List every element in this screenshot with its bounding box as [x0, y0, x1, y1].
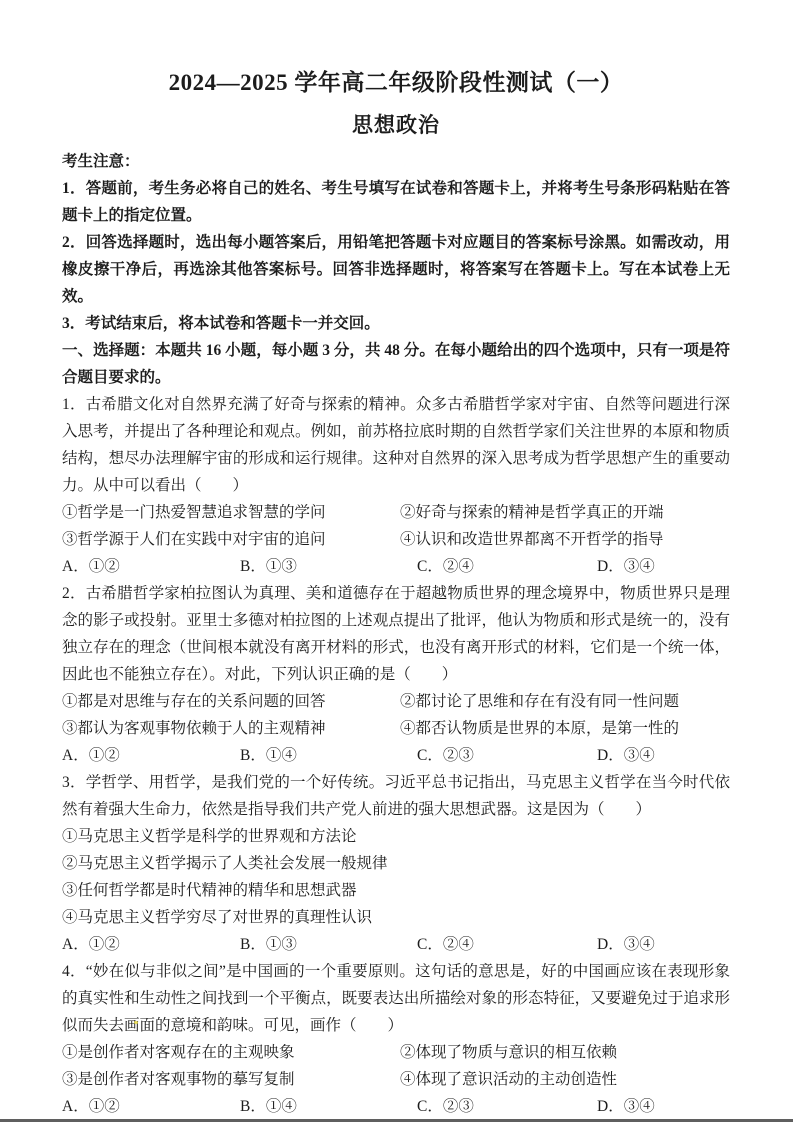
question-stem: 4．“妙在似与非似之间”是中国画的一个重要原则。这句话的意思是，好的中国画应该在…	[62, 958, 730, 1039]
paper-content: 2024—2025 学年高二年级阶段性测试（一） 思想政治 考生注意： 1．答题…	[0, 0, 793, 1120]
option-item: ④马克思主义哲学穷尽了对世界的真理性认识	[62, 904, 730, 931]
option-item: ③任何哲学都是时代精神的精华和思想武器	[62, 877, 730, 904]
choice-item: D．③④	[597, 742, 730, 769]
choice-item: D．③④	[597, 1093, 730, 1120]
question-block-3: 3．学哲学、用哲学，是我们党的一个好传统。习近平总书记指出，马克思主义哲学在当今…	[62, 769, 730, 958]
question-choices: A．①② B．①③ C．②④ D．③④	[62, 553, 730, 580]
option-item: ②好奇与探索的精神是哲学真正的开端	[400, 499, 730, 526]
scan-artifact-dot	[134, 1021, 138, 1024]
option-item: ①哲学是一门热爱智慧追求智慧的学问	[62, 499, 400, 526]
choice-item: A．①②	[62, 553, 240, 580]
question-options: ①都是对思维与存在的关系问题的回答 ②都讨论了思维和存在有没有同一性问题 ③都认…	[62, 688, 730, 742]
choice-item: D．③④	[597, 931, 730, 958]
option-item: ③都认为客观事物依赖于人的主观精神	[62, 715, 400, 742]
option-item: ④体现了意识活动的主动创造性	[400, 1066, 730, 1093]
option-item: ④都否认物质是世界的本原，是第一性的	[400, 715, 730, 742]
choice-item: B．①④	[240, 1093, 417, 1120]
question-stem: 3．学哲学、用哲学，是我们党的一个好传统。习近平总书记指出，马克思主义哲学在当今…	[62, 769, 730, 823]
notice-item: 2．回答选择题时，选出每小题答案后，用铅笔把答题卡对应题目的答案标号涂黑。如需改…	[62, 229, 730, 310]
choice-item: B．①③	[240, 931, 417, 958]
choice-item: A．①②	[62, 1093, 240, 1120]
option-item: ①都是对思维与存在的关系问题的回答	[62, 688, 400, 715]
option-item: ④认识和改造世界都离不开哲学的指导	[400, 526, 730, 553]
option-item: ②体现了物质与意识的相互依赖	[400, 1039, 730, 1066]
notice-item: 3．考试结束后，将本试卷和答题卡一并交回。	[62, 310, 730, 337]
option-item: ②马克思主义哲学揭示了人类社会发展一般规律	[62, 850, 730, 877]
question-block-4: 4．“妙在似与非似之间”是中国画的一个重要原则。这句话的意思是，好的中国画应该在…	[62, 958, 730, 1120]
section-heading: 一、选择题：本题共 16 小题，每小题 3 分，共 48 分。在每小题给出的四个…	[62, 337, 730, 391]
choice-item: C．②③	[417, 1093, 597, 1120]
question-stem: 2．古希腊哲学家柏拉图认为真理、美和道德存在于超越物质世界的理念境界中，物质世界…	[62, 580, 730, 688]
option-item: ③哲学源于人们在实践中对宇宙的追问	[62, 526, 400, 553]
question-block-2: 2．古希腊哲学家柏拉图认为真理、美和道德存在于超越物质世界的理念境界中，物质世界…	[62, 580, 730, 769]
option-item: ②都讨论了思维和存在有没有同一性问题	[400, 688, 730, 715]
question-stem: 1．古希腊文化对自然界充满了好奇与探索的精神。众多古希腊哲学家对宇宙、自然等问题…	[62, 391, 730, 499]
question-block-1: 1．古希腊文化对自然界充满了好奇与探索的精神。众多古希腊哲学家对宇宙、自然等问题…	[62, 391, 730, 580]
choice-item: A．①②	[62, 931, 240, 958]
exam-paper-page: 2024—2025 学年高二年级阶段性测试（一） 思想政治 考生注意： 1．答题…	[0, 0, 793, 1122]
option-item: ①马克思主义哲学是科学的世界观和方法论	[62, 823, 730, 850]
question-options: ①是创作者对客观存在的主观映象 ②体现了物质与意识的相互依赖 ③是创作者对客观事…	[62, 1039, 730, 1093]
question-choices: A．①② B．①④ C．②③ D．③④	[62, 742, 730, 769]
paper-subtitle: 思想政治	[62, 111, 730, 139]
option-item: ③是创作者对客观事物的摹写复制	[62, 1066, 400, 1093]
question-options: ①哲学是一门热爱智慧追求智慧的学问 ②好奇与探索的精神是哲学真正的开端 ③哲学源…	[62, 499, 730, 553]
question-choices: A．①② B．①③ C．②④ D．③④	[62, 931, 730, 958]
notice-item: 1．答题前，考生务必将自己的姓名、考生号填写在试卷和答题卡上，并将考生号条形码粘…	[62, 175, 730, 229]
question-choices: A．①② B．①④ C．②③ D．③④	[62, 1093, 730, 1120]
choice-item: C．②④	[417, 931, 597, 958]
choice-item: D．③④	[597, 553, 730, 580]
choice-item: A．①②	[62, 742, 240, 769]
choice-item: B．①④	[240, 742, 417, 769]
choice-item: C．②④	[417, 553, 597, 580]
question-options: ①马克思主义哲学是科学的世界观和方法论 ②马克思主义哲学揭示了人类社会发展一般规…	[62, 823, 730, 931]
option-item: ①是创作者对客观存在的主观映象	[62, 1039, 400, 1066]
notice-heading: 考生注意：	[62, 148, 730, 175]
page-title: 2024—2025 学年高二年级阶段性测试（一）	[62, 68, 730, 98]
candidate-notice: 考生注意： 1．答题前，考生务必将自己的姓名、考生号填写在试卷和答题卡上，并将考…	[62, 148, 730, 337]
choice-item: B．①③	[240, 553, 417, 580]
choice-item: C．②③	[417, 742, 597, 769]
